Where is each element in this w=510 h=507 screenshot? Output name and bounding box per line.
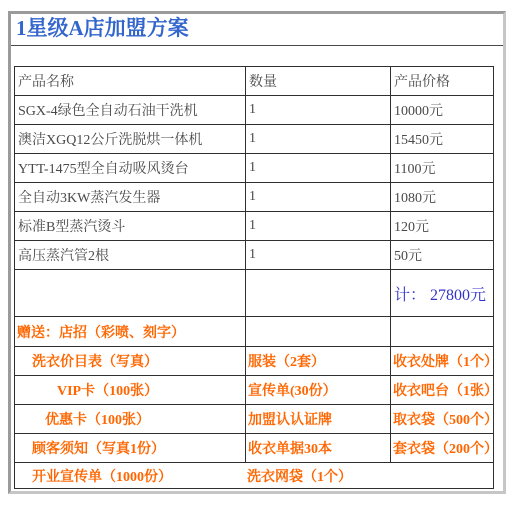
table-row: 计： 27800元 bbox=[15, 270, 494, 317]
product-name-cell: 澳洁XGQ12公斤洗脱烘一体机 bbox=[15, 125, 246, 154]
table-row: 澳洁XGQ12公斤洗脱烘一体机115450元 bbox=[15, 125, 494, 154]
content-panel: 1星级A店加盟方案 产品名称数量产品价格SGX-4绿色全自动石油干洗机11000… bbox=[8, 11, 506, 494]
quantity-cell: 1 bbox=[246, 183, 391, 212]
price-cell: 15450元 bbox=[391, 125, 494, 154]
empty-cell bbox=[246, 270, 391, 317]
price-cell: 120元 bbox=[391, 212, 494, 241]
table-row: 顾客须知（写真1份）收衣单据30本套衣袋（200个） bbox=[15, 434, 494, 463]
column-header: 产品名称 bbox=[15, 67, 246, 96]
gift-item-cell: 顾客须知（写真1份） bbox=[15, 434, 246, 463]
table-row: SGX-4绿色全自动石油干洗机110000元 bbox=[15, 96, 494, 125]
pricing-table: 产品名称数量产品价格SGX-4绿色全自动石油干洗机110000元澳洁XGQ12公… bbox=[14, 66, 494, 489]
product-name-cell: 全自动3KW蒸汽发生器 bbox=[15, 183, 246, 212]
gift-item-cell: 开业宣传单（1000份） bbox=[32, 466, 172, 486]
product-name-cell: SGX-4绿色全自动石油干洗机 bbox=[15, 96, 246, 125]
column-header: 数量 bbox=[246, 67, 391, 96]
price-cell: 1080元 bbox=[391, 183, 494, 212]
gifts-header: 赠送：店招（彩喷、刻字） bbox=[15, 317, 246, 347]
table-row: 高压蒸汽管2根150元 bbox=[15, 241, 494, 270]
gift-item-cell: VIP卡（100张） bbox=[15, 376, 246, 405]
column-header: 产品价格 bbox=[391, 67, 494, 96]
gifts-footer-row: 开业宣传单（1000份）洗衣网袋（1个） bbox=[15, 463, 494, 489]
table-row: 全自动3KW蒸汽发生器11080元 bbox=[15, 183, 494, 212]
pricing-table-body: 产品名称数量产品价格SGX-4绿色全自动石油干洗机110000元澳洁XGQ12公… bbox=[15, 67, 494, 489]
table-row: 开业宣传单（1000份）洗衣网袋（1个） bbox=[15, 463, 494, 489]
quantity-cell: 1 bbox=[246, 154, 391, 183]
product-name-cell: 高压蒸汽管2根 bbox=[15, 241, 246, 270]
page-title: 1星级A店加盟方案 bbox=[11, 14, 503, 46]
product-name-cell: 标准B型蒸汽烫斗 bbox=[15, 212, 246, 241]
gift-item-cell: 取衣袋（500个） bbox=[391, 405, 494, 434]
price-cell: 50元 bbox=[391, 241, 494, 270]
product-name-cell: YTT-1475型全自动吸风烫台 bbox=[15, 154, 246, 183]
gift-item-cell: 洗衣网袋（1个） bbox=[247, 466, 352, 486]
gift-item-cell: 收衣吧台（1张） bbox=[391, 376, 494, 405]
empty-cell bbox=[246, 317, 391, 347]
gift-item-cell: 服装（2套） bbox=[246, 347, 391, 376]
gift-item-cell: 加盟认认证牌 bbox=[246, 405, 391, 434]
quantity-cell: 1 bbox=[246, 96, 391, 125]
empty-cell bbox=[15, 270, 246, 317]
gift-item-cell: 宣传单(30份） bbox=[246, 376, 391, 405]
price-cell: 1100元 bbox=[391, 154, 494, 183]
gift-item-cell: 优惠卡（100张） bbox=[15, 405, 246, 434]
gift-item-cell: 收衣处牌（1个） bbox=[391, 347, 494, 376]
quantity-cell: 1 bbox=[246, 212, 391, 241]
table-row: 洗衣价目表（写真）服装（2套）收衣处牌（1个） bbox=[15, 347, 494, 376]
table-row: YTT-1475型全自动吸风烫台11100元 bbox=[15, 154, 494, 183]
total-price: 计： 27800元 bbox=[391, 270, 494, 317]
table-row: 标准B型蒸汽烫斗1120元 bbox=[15, 212, 494, 241]
quantity-cell: 1 bbox=[246, 241, 391, 270]
gift-item-cell: 收衣单据30本 bbox=[246, 434, 391, 463]
price-cell: 10000元 bbox=[391, 96, 494, 125]
table-row: 赠送：店招（彩喷、刻字） bbox=[15, 317, 494, 347]
table-row: 产品名称数量产品价格 bbox=[15, 67, 494, 96]
empty-cell bbox=[391, 317, 494, 347]
quantity-cell: 1 bbox=[246, 125, 391, 154]
gift-item-cell: 套衣袋（200个） bbox=[391, 434, 494, 463]
table-row: 优惠卡（100张）加盟认认证牌取衣袋（500个） bbox=[15, 405, 494, 434]
table-row: VIP卡（100张）宣传单(30份）收衣吧台（1张） bbox=[15, 376, 494, 405]
gift-item-cell: 洗衣价目表（写真） bbox=[15, 347, 246, 376]
